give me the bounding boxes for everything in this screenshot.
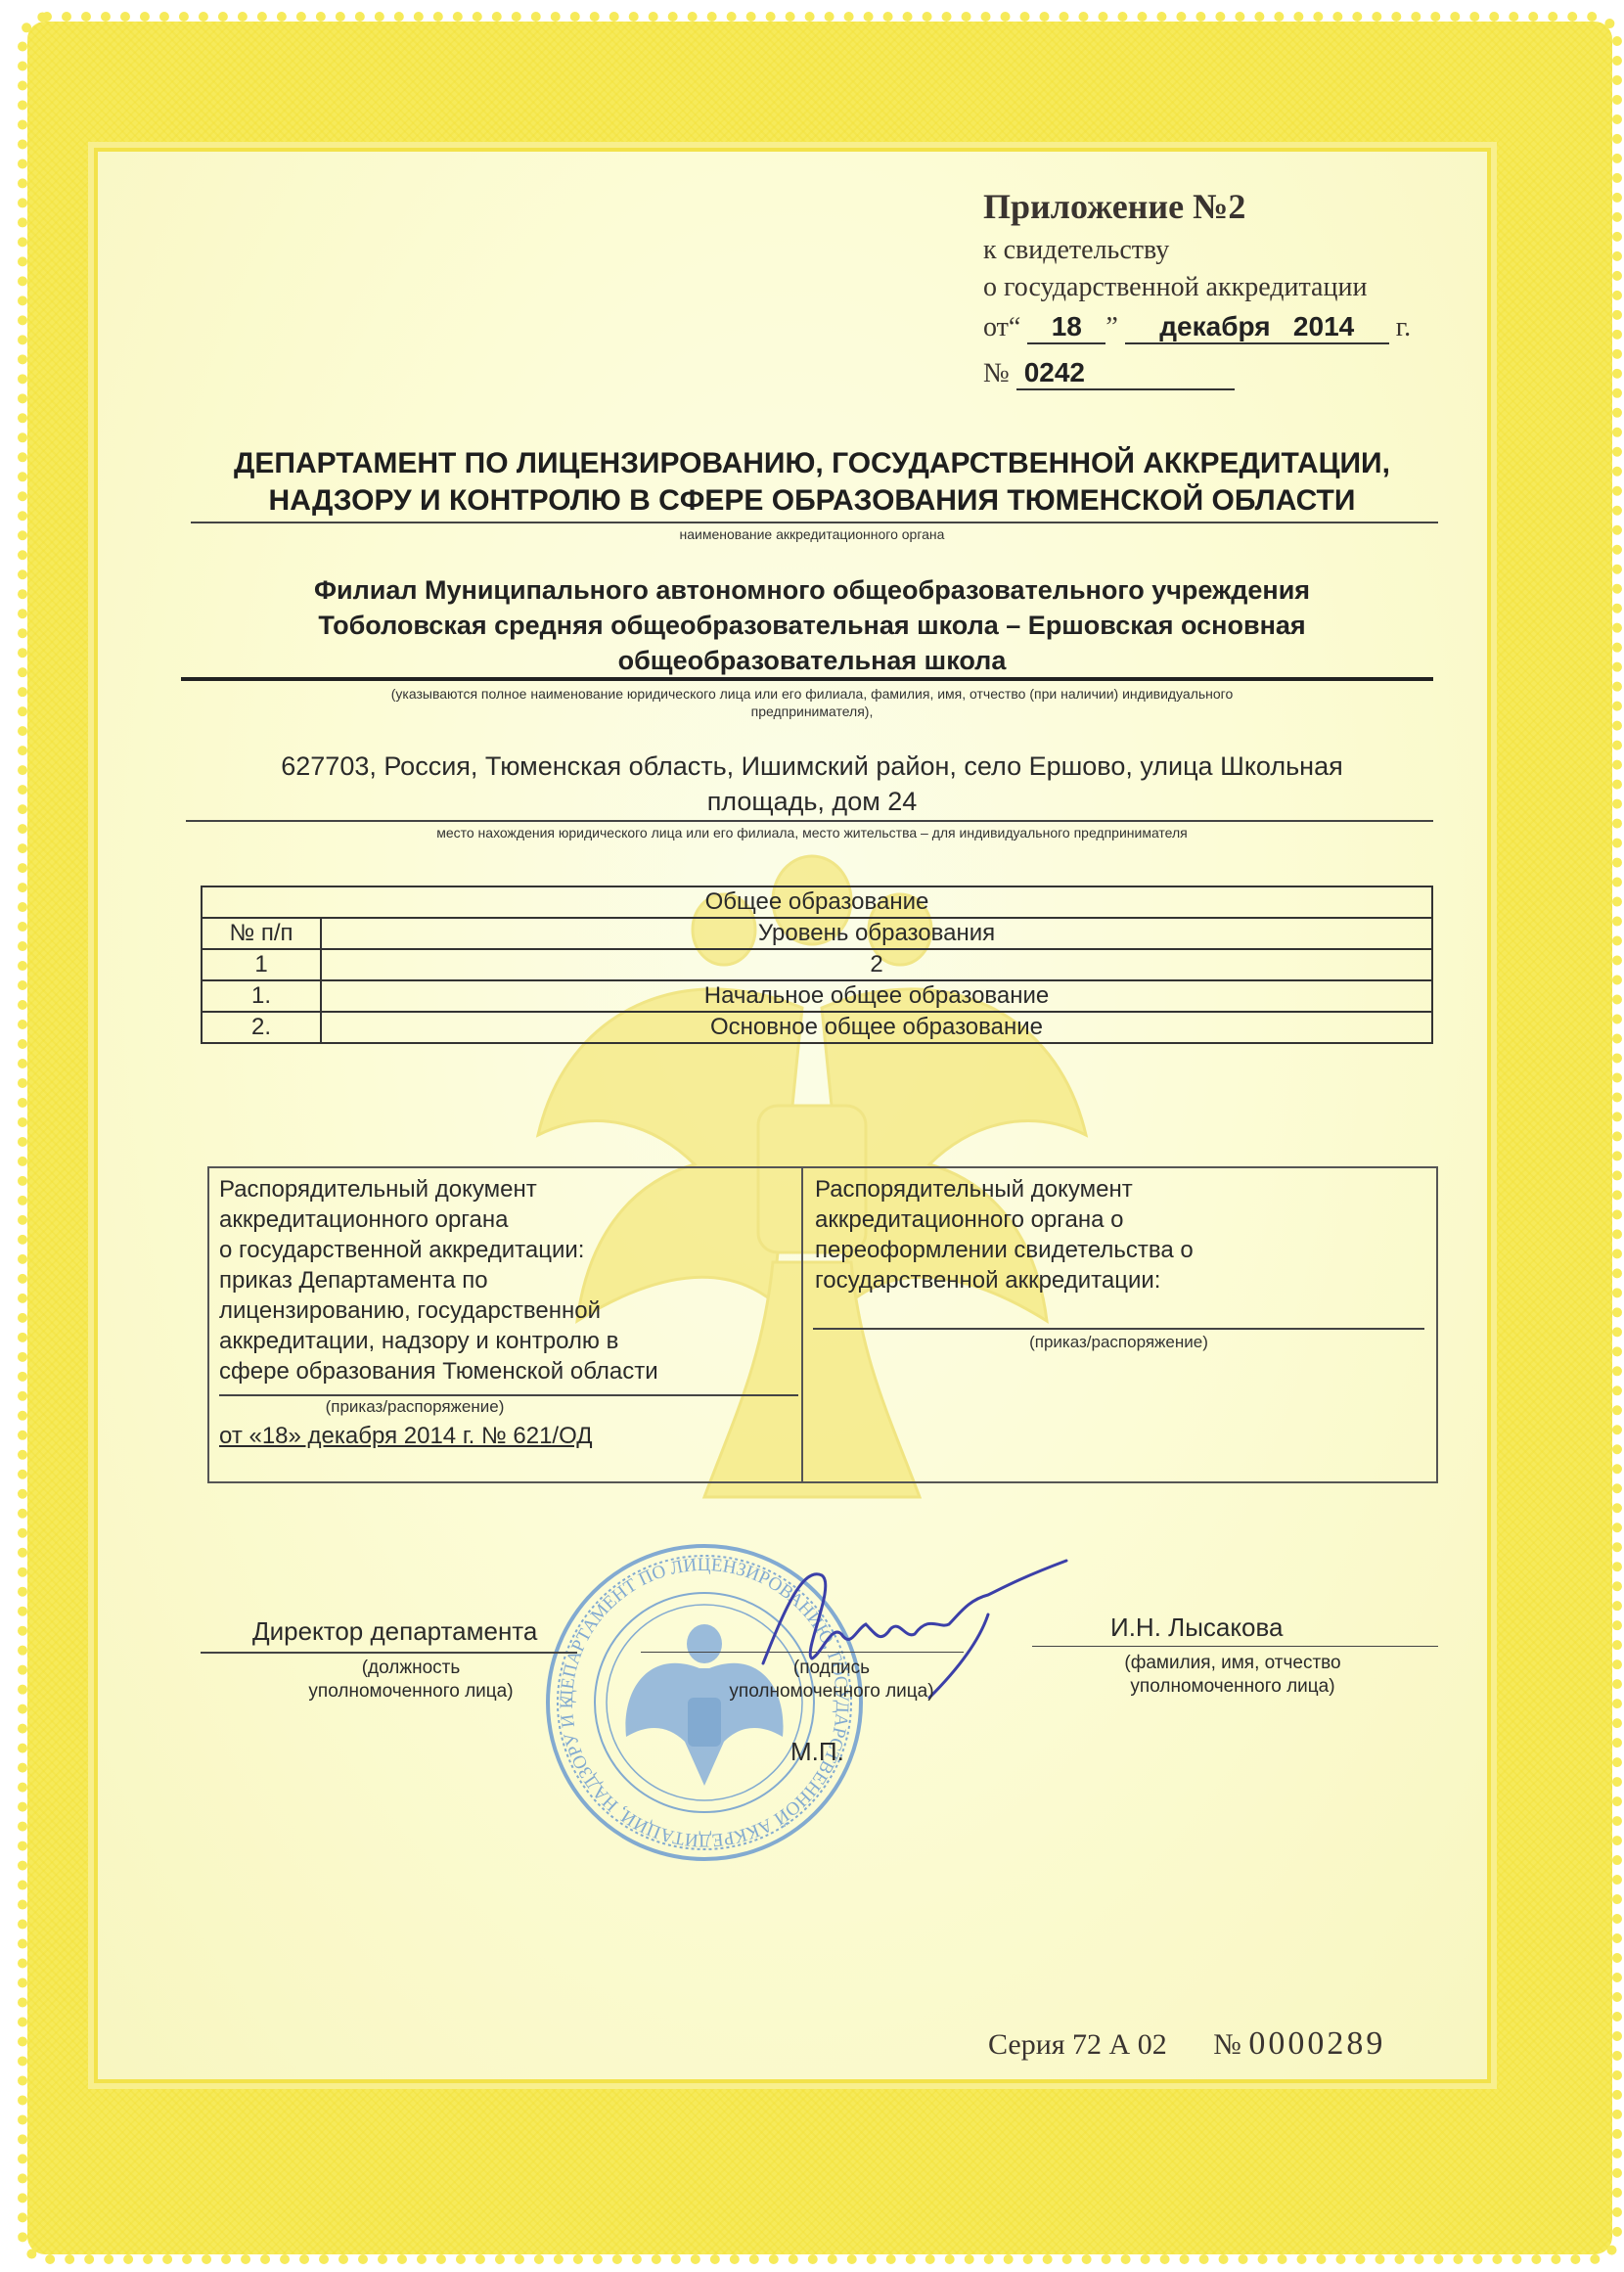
divider (181, 677, 1433, 681)
reissue-order-caption: (приказ/распоряжение) (813, 1333, 1424, 1352)
row-number: 2. (202, 1012, 321, 1043)
reissue-order-text: Распорядительный документ аккредитационн… (815, 1174, 1194, 1295)
table-row: 1. Начальное общее образование (202, 980, 1432, 1012)
address: 627703, Россия, Тюменская область, Ишимс… (196, 749, 1428, 819)
caption-line: (должность (284, 1657, 538, 1680)
date-month-year: декабря 2014 (1125, 311, 1389, 344)
table-header-row: № п/п Уровень образования (202, 918, 1432, 949)
order-type-caption: (приказ/распоряжение) (219, 1397, 610, 1417)
order-line: государственной аккредитации: (815, 1265, 1194, 1295)
education-levels-table: Общее образование № п/п Уровень образова… (201, 886, 1433, 1044)
organization-caption-line-2: предпринимателя), (196, 703, 1428, 720)
caption-line: уполномоченного лица) (284, 1680, 538, 1704)
order-line: лицензированию, государственной (219, 1295, 658, 1326)
order-line: аккредитации, надзору и контролю в (219, 1326, 658, 1356)
appendix-title: Приложение №2 (983, 186, 1245, 227)
header-number: № п/п (202, 918, 321, 949)
column-number-1: 1 (202, 949, 321, 980)
order-line: аккредитационного органа (219, 1204, 658, 1235)
accrediting-body-line-1: ДЕПАРТАМЕНТ ПО ЛИЦЕНЗИРОВАНИЮ, ГОСУДАРСТ… (196, 445, 1428, 482)
organization-line-3: общеобразовательная школа (196, 643, 1428, 678)
order-line: переоформлении свидетельства о (815, 1235, 1194, 1265)
accrediting-body-caption: наименование аккредитационного органа (196, 526, 1428, 542)
form-series: Серия 72 А 02 № 0000289 (988, 2025, 1385, 2063)
appendix-date: от“ 18” декабря 2014 г. (983, 311, 1411, 344)
address-line-2: площадь, дом 24 (196, 784, 1428, 819)
accreditation-order-cell: Распорядительный документ аккредитационн… (209, 1168, 803, 1481)
accrediting-body-name: ДЕПАРТАМЕНТ ПО ЛИЦЕНЗИРОВАНИЮ, ГОСУДАРСТ… (196, 445, 1428, 520)
order-line: сфере образования Тюменской области (219, 1356, 658, 1386)
series-number-prefix: № (1213, 2028, 1241, 2061)
caption-line: уполномоченного лица) (1096, 1675, 1370, 1699)
reissue-order-cell: Распорядительный документ аккредитационн… (803, 1168, 1436, 1481)
divider (186, 820, 1433, 822)
name-caption: (фамилия, имя, отчество уполномоченного … (1096, 1652, 1370, 1699)
address-line-1: 627703, Россия, Тюменская область, Ишимс… (196, 749, 1428, 784)
seal-place-label: М.П. (790, 1737, 844, 1767)
order-line: Распорядительный документ (815, 1174, 1194, 1204)
organization-line-2: Тоболовская средняя общеобразовательная … (196, 608, 1428, 643)
date-day: 18 (1027, 311, 1105, 344)
address-caption: место нахождения юридического лица или е… (196, 825, 1428, 841)
organization-caption-line-1: (указываются полное наименование юридиче… (196, 685, 1428, 703)
date-suffix: г. (1396, 312, 1411, 342)
appendix-number: № 0242 (983, 357, 1235, 390)
column-number-2: 2 (321, 949, 1432, 980)
signature-line (201, 1652, 577, 1654)
table-column-numbers-row: 1 2 (202, 949, 1432, 980)
order-line: аккредитационного органа о (815, 1204, 1194, 1235)
number-value: 0242 (1016, 357, 1235, 390)
appendix-line-2: о государственной аккредитации (983, 272, 1367, 303)
signature-caption: (подпись уполномоченного лица) (724, 1657, 939, 1704)
row-number: 1. (202, 980, 321, 1012)
series-number: 0000289 (1248, 2025, 1385, 2062)
caption-line: (фамилия, имя, отчество (1096, 1652, 1370, 1675)
authorized-name: И.Н. Лысакова (1110, 1613, 1283, 1643)
organization-caption: (указываются полное наименование юридиче… (196, 685, 1428, 720)
series-label: Серия 72 А 02 (988, 2028, 1167, 2061)
divider (219, 1394, 798, 1396)
appendix-line-1: к свидетельству (983, 235, 1169, 266)
table-row: 2. Основное общее образование (202, 1012, 1432, 1043)
header-level: Уровень образования (321, 918, 1432, 949)
caption-line: уполномоченного лица) (724, 1680, 939, 1704)
table-section-row: Общее образование (202, 886, 1432, 918)
order-line: Распорядительный документ (219, 1174, 658, 1204)
divider (813, 1328, 1424, 1330)
row-level: Основное общее образование (321, 1012, 1432, 1043)
number-prefix: № (983, 358, 1010, 388)
accrediting-body-line-2: НАДЗОРУ И КОНТРОЛЮ В СФЕРЕ ОБРАЗОВАНИЯ Т… (196, 482, 1428, 520)
position-caption: (должность уполномоченного лица) (284, 1657, 538, 1704)
accreditation-order-text: Распорядительный документ аккредитационн… (219, 1174, 658, 1386)
caption-line: (подпись (724, 1657, 939, 1680)
divider (191, 522, 1438, 523)
order-documents-box: Распорядительный документ аккредитационн… (207, 1166, 1438, 1483)
quote-close: ” (1105, 312, 1117, 342)
order-line: приказ Департамента по (219, 1265, 658, 1295)
quote-open: “ (1009, 312, 1020, 342)
date-prefix: от (983, 312, 1009, 342)
authorized-position: Директор департамента (252, 1616, 537, 1647)
organization-line-1: Филиал Муниципального автономного общеоб… (196, 572, 1428, 608)
row-level: Начальное общее образование (321, 980, 1432, 1012)
organization-name: Филиал Муниципального автономного общеоб… (196, 572, 1428, 678)
section-title: Общее образование (202, 886, 1432, 918)
order-date-number: от «18» декабря 2014 г. № 621/ОД (219, 1421, 593, 1451)
signature-line (1032, 1646, 1438, 1647)
order-line: о государственной аккредитации: (219, 1235, 658, 1265)
